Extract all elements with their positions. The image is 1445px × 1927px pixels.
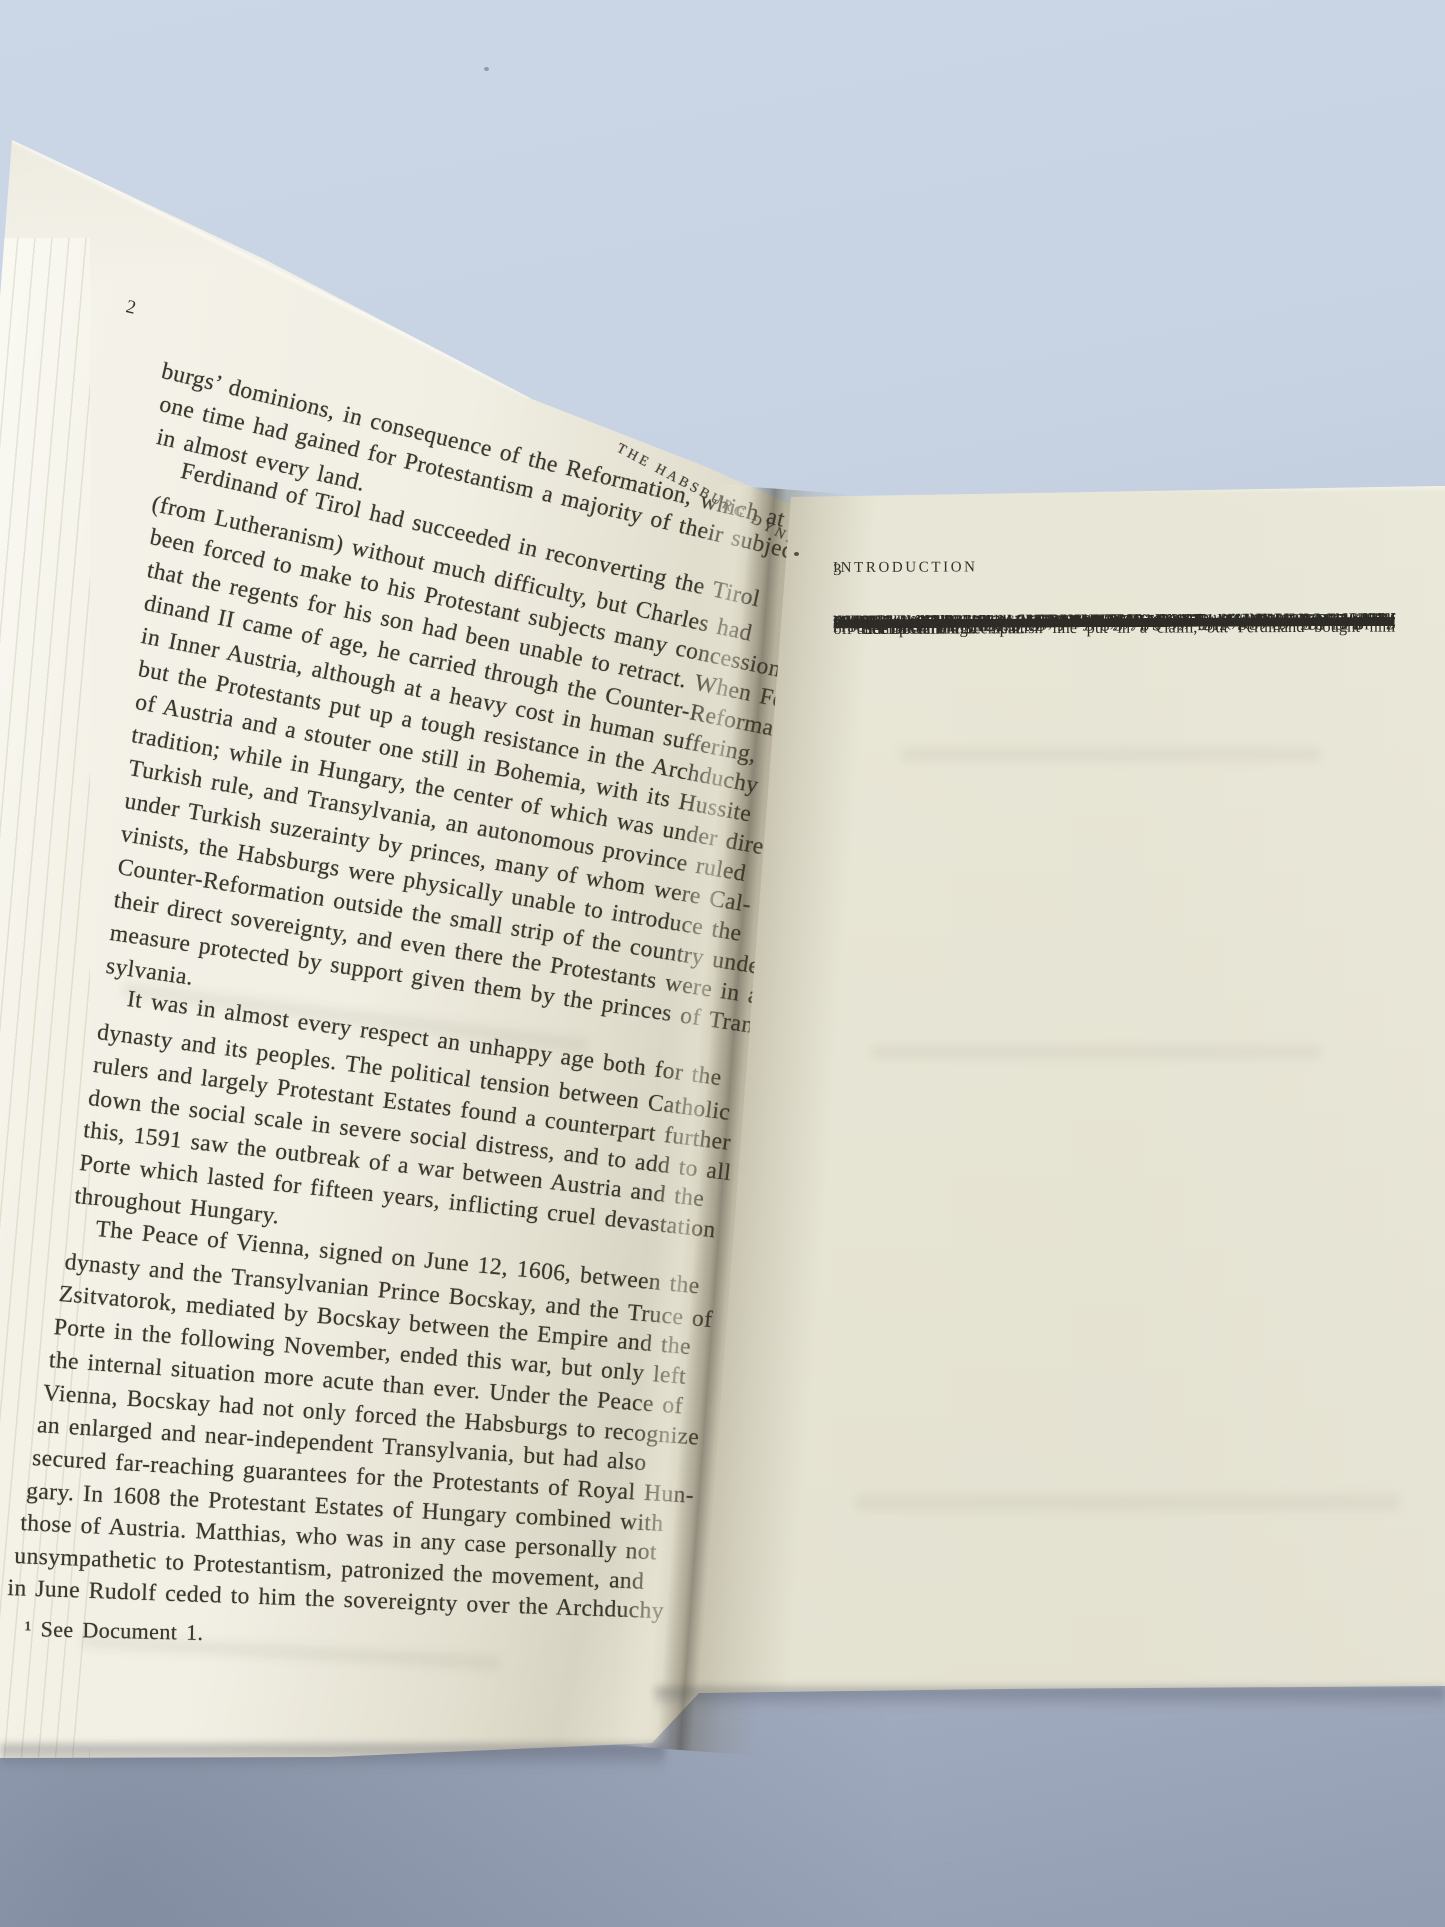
dust-speck bbox=[484, 67, 489, 71]
right-page-header: INTRODUCTION 3 bbox=[833, 558, 1395, 584]
right-page-body: of Austria, Hungary, and Moravia (which … bbox=[833, 608, 1395, 610]
show-through-smudge bbox=[855, 1495, 1400, 1510]
running-head-introduction: INTRODUCTION bbox=[833, 559, 978, 577]
right-page-text: INTRODUCTION 3 of Austria, Hungary, and … bbox=[833, 558, 1395, 618]
right-page-top-edge bbox=[780, 486, 1445, 493]
left-page-line: sylvania. bbox=[104, 953, 195, 992]
right-page-number: 3 bbox=[833, 560, 842, 580]
show-through-smudge bbox=[900, 748, 1320, 761]
line-text: ⁴ See Document 3. bbox=[853, 617, 976, 639]
show-through-smudge bbox=[870, 1046, 1320, 1058]
book-photo: 2 THE HABSBURG DYNA burgs’ dominions, in… bbox=[0, 0, 1445, 1927]
footnote-line: ⁴ See Document 3. bbox=[833, 618, 853, 639]
dust-speck bbox=[794, 552, 799, 556]
book-shadow bbox=[655, 1687, 1445, 1709]
left-page-footnote: ¹ See Document 1. bbox=[24, 1616, 203, 1646]
book-shadow bbox=[0, 1744, 665, 1770]
dust-speck bbox=[945, 1862, 949, 1865]
